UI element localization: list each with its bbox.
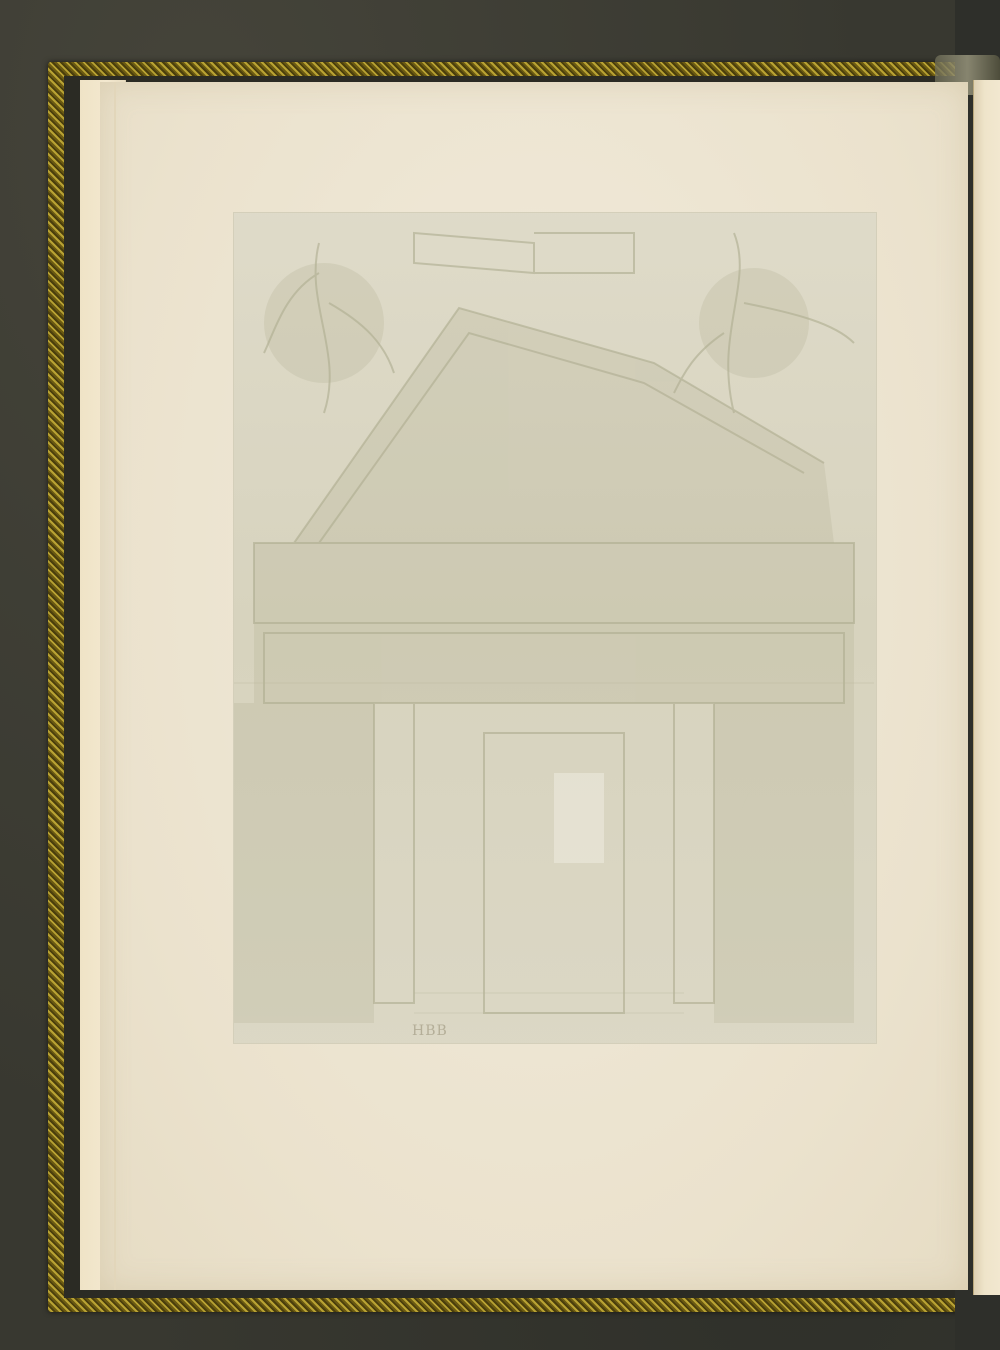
facing-page-edge [973, 80, 1000, 1295]
page-edge-line [114, 82, 116, 1290]
plate-monogram: HBB [412, 1023, 448, 1039]
engraving-image [234, 213, 876, 1043]
engraving-offset-plate: HBB [233, 212, 877, 1044]
